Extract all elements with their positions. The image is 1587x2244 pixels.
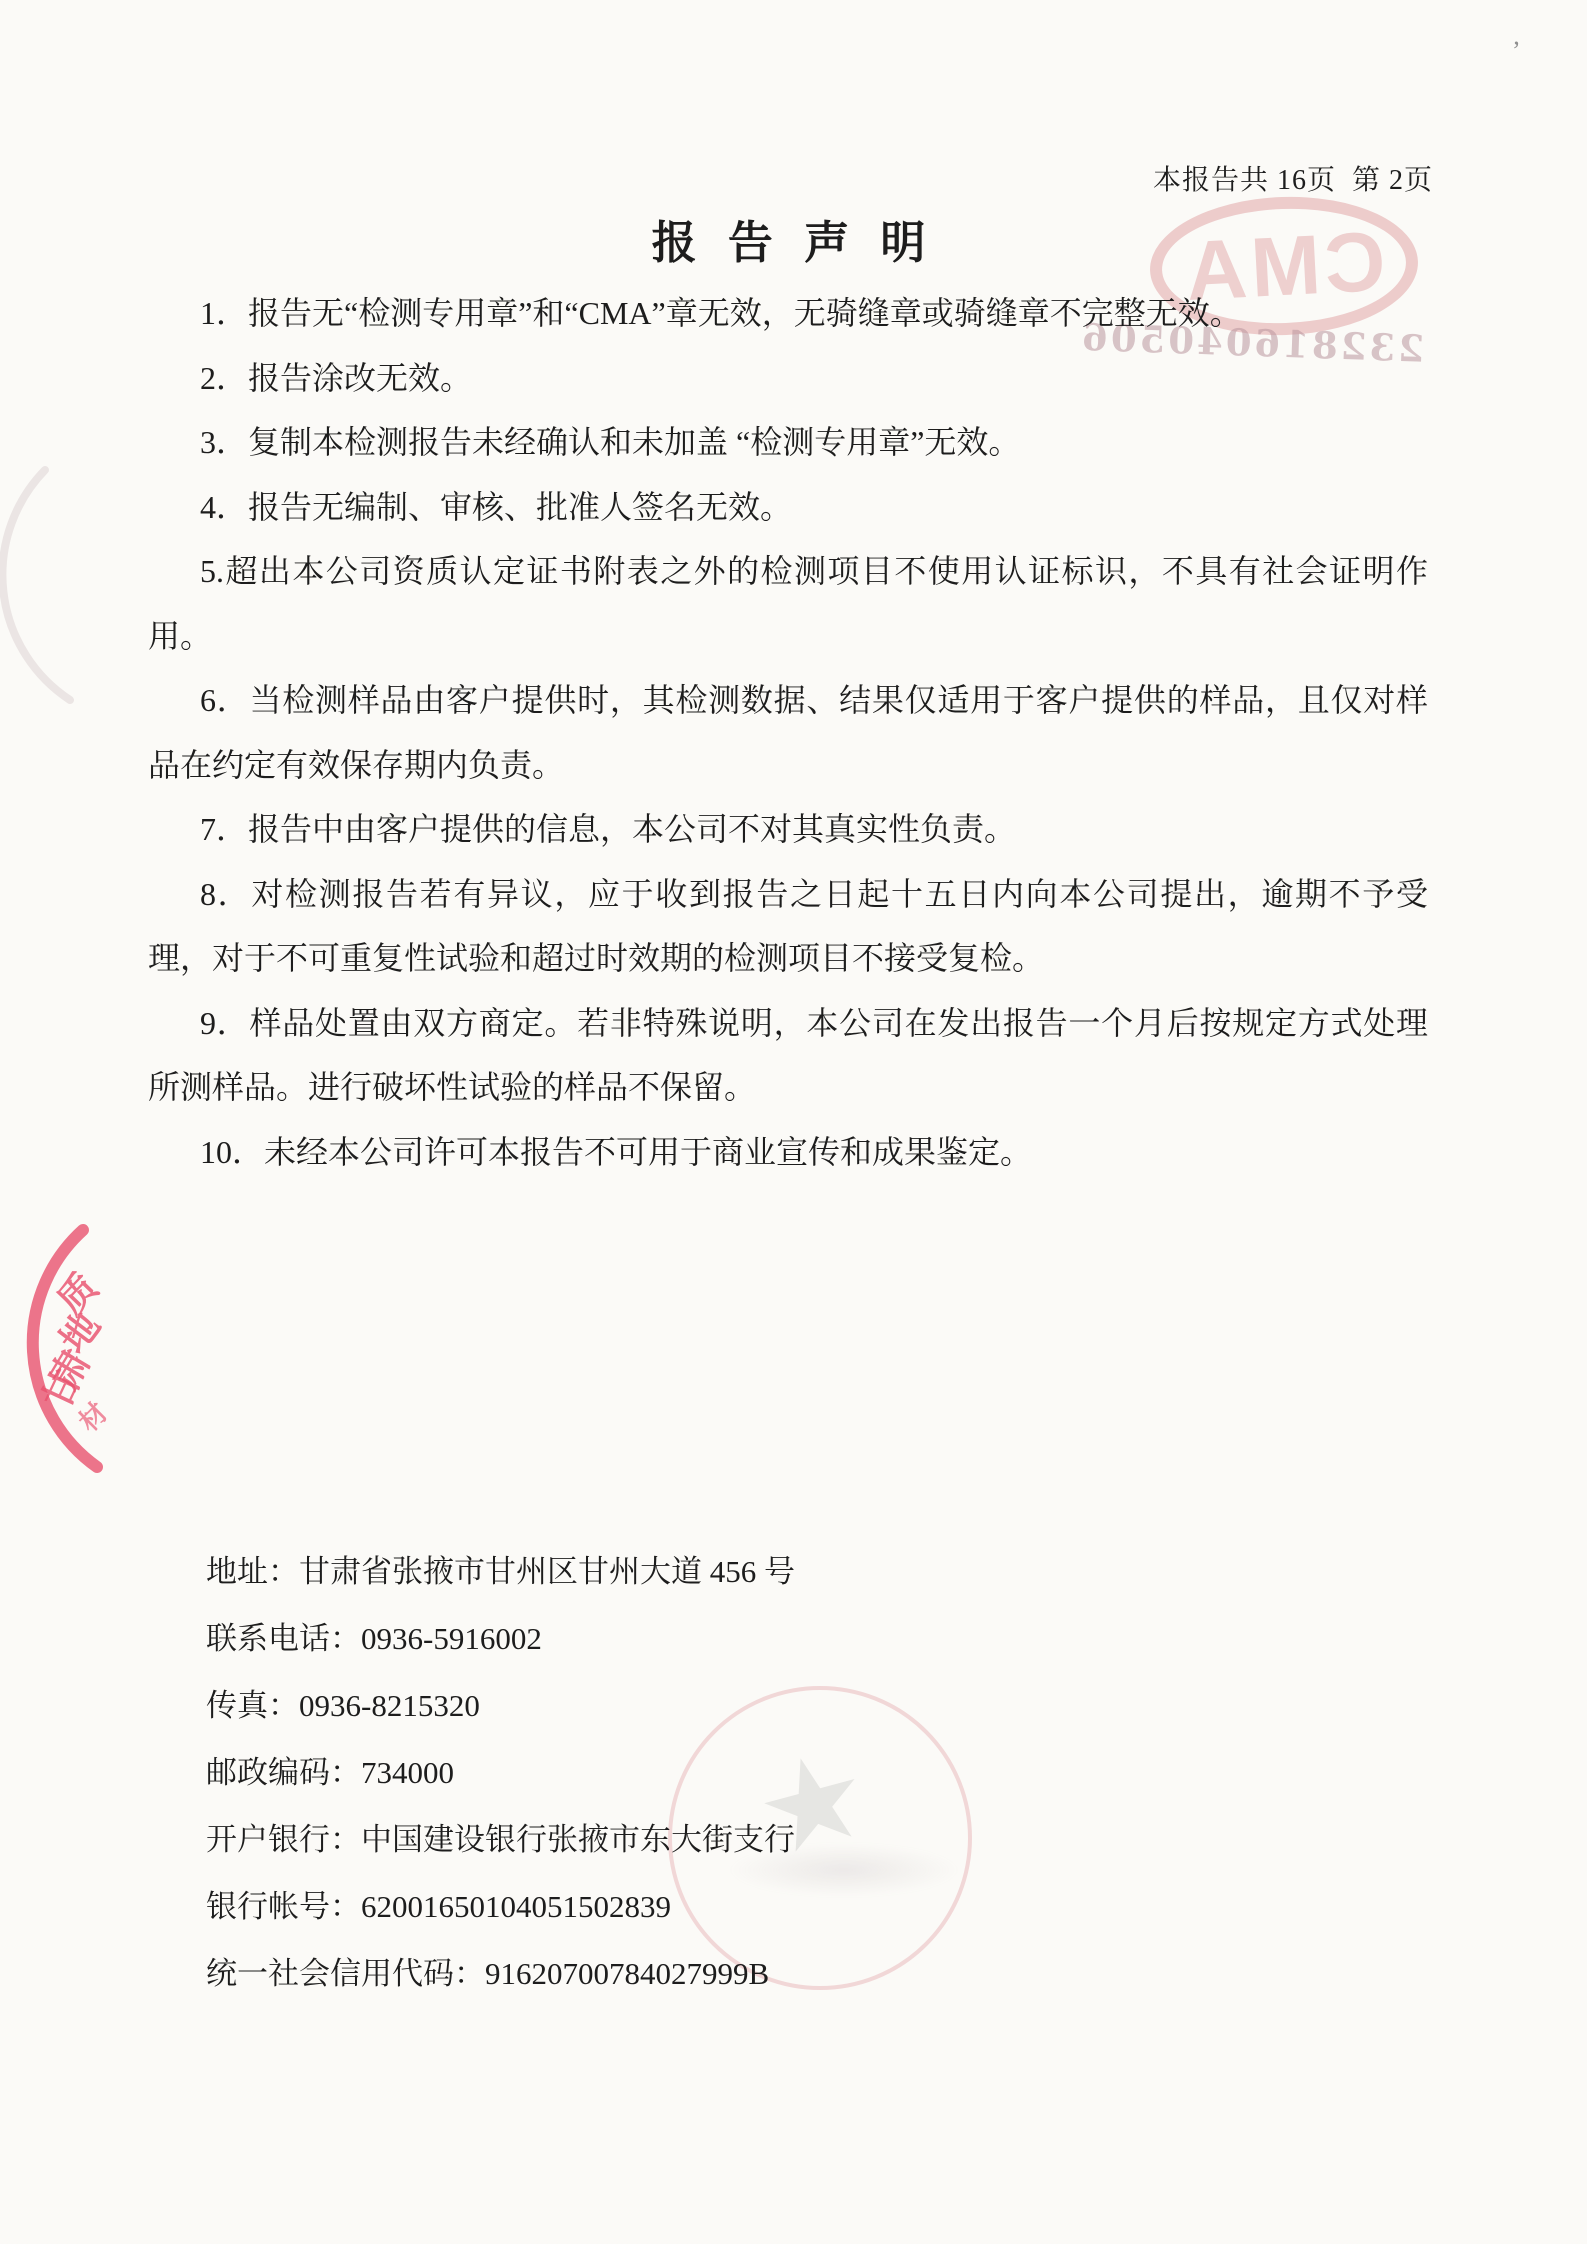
contact-line-fax: 传真：0936-8215320 <box>206 1672 795 1739</box>
statement-item-10: 10．未经本公司许可本报告不可用于商业宣传和成果鉴定。 <box>148 1120 1428 1185</box>
scan-speck: ’ <box>1512 36 1521 66</box>
contact-line-phone: 联系电话：0936-5916002 <box>206 1605 795 1672</box>
contact-block: 地址：甘肃省张掖市甘州区甘州大道 456 号 联系电话：0936-5916002… <box>206 1538 795 2007</box>
contact-line-address: 地址：甘肃省张掖市甘州区甘州大道 456 号 <box>206 1538 795 1605</box>
page-title: 报 告 声 明 <box>0 206 1587 271</box>
document-page: CMA 232816040506 质 地 肃 甘 材 ★ ’ 本报告共 16页 … <box>0 0 1587 2244</box>
contact-line-credit-code: 统一社会信用代码：91620700784027999B <box>206 1940 795 2007</box>
contact-line-postcode: 邮政编码：734000 <box>206 1739 795 1806</box>
statement-item-3: 3．复制本检测报告未经确认和未加盖 “检测专用章”无效。 <box>148 410 1428 475</box>
statement-item-7: 7．报告中由客户提供的信息，本公司不对其真实性负责。 <box>148 797 1428 862</box>
statement-item-2: 2．报告涂改无效。 <box>148 346 1428 411</box>
statement-item-5: 5.超出本公司资质认定证书附表之外的检测项目不使用认证标识，不具有社会证明作用。 <box>148 539 1428 668</box>
faint-bleed-arc <box>2 470 70 700</box>
contact-line-bank: 开户银行：中国建设银行张掖市东大街支行 <box>206 1806 795 1873</box>
statement-item-6: 6．当检测样品由客户提供时，其检测数据、结果仅适用于客户提供的样品，且仅对样品在… <box>148 668 1428 797</box>
statement-item-4: 4．报告无编制、审核、批准人签名无效。 <box>148 475 1428 540</box>
page-counter: 本报告共 16页 第 2页 <box>1153 158 1433 198</box>
contact-line-account: 银行帐号：62001650104051502839 <box>206 1873 795 1940</box>
statement-item-9: 9．样品处置由双方商定。若非特殊说明，本公司在发出报告一个月后按规定方式处理所测… <box>148 991 1428 1120</box>
statement-list: 1．报告无“检测专用章”和“CMA”章无效，无骑缝章或骑缝章不完整无效。 2．报… <box>148 281 1428 1184</box>
statement-item-1: 1．报告无“检测专用章”和“CMA”章无效，无骑缝章或骑缝章不完整无效。 <box>148 281 1428 346</box>
statement-item-8: 8．对检测报告若有异议，应于收到报告之日起十五日内向本公司提出，逾期不予受理，对… <box>148 862 1428 991</box>
